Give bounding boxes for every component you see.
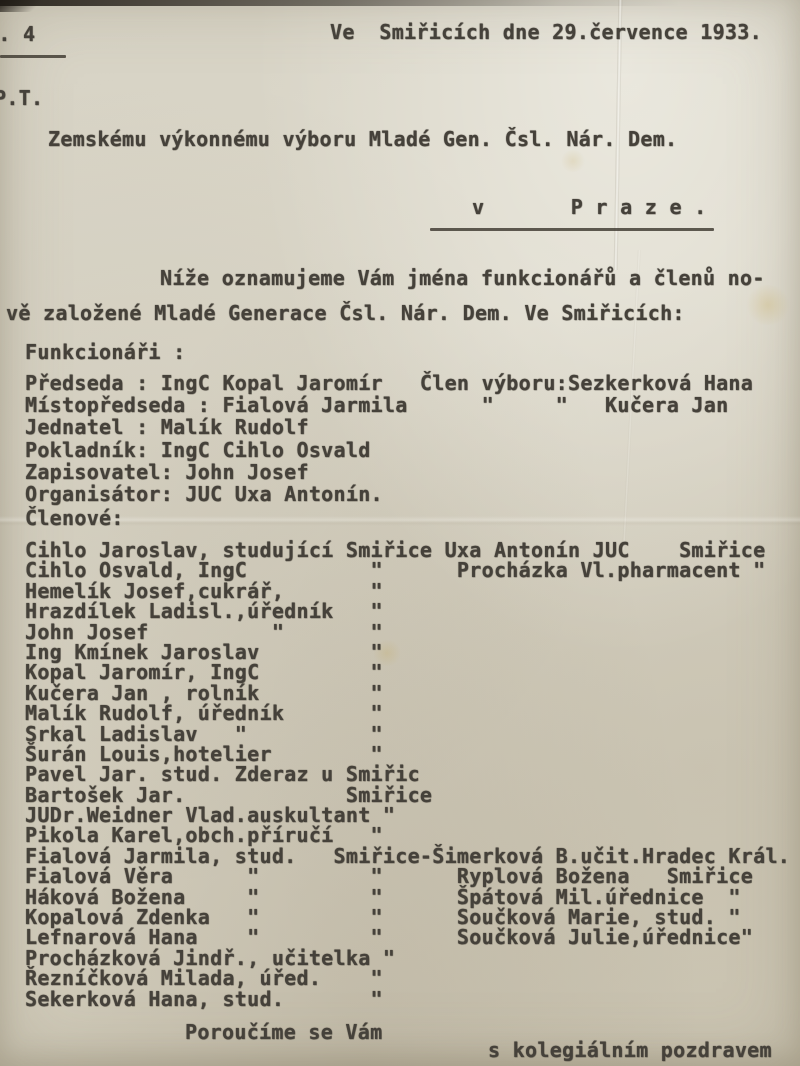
member-row: Háková Božena " " Špátová Mil.úřednice ": [25, 887, 790, 907]
date-line: Ve Smiřicích dne 29.července 1933.: [330, 20, 762, 44]
member-row: Kučera Jan , rolník ": [25, 683, 790, 703]
photo-corner-shadow: [0, 0, 42, 12]
member-row: Řezníčková Milada, úřed. ": [25, 968, 790, 988]
officer-row: Pokladník: IngC Cihlo Osvald: [25, 439, 753, 461]
member-row: Malík Rudolf, úředník ": [25, 703, 790, 723]
member-row: Sekerková Hana, stud. ": [25, 989, 790, 1009]
intro-line-2: vě založené Mladé Generace Čsl. Nár. Dem…: [6, 301, 685, 325]
officer-row: Místopředseda : Fialová Jarmila " " Kuče…: [25, 394, 753, 416]
member-row: Fialová Věra " " Ryplová Božena Smiřice: [25, 866, 790, 886]
member-row: Srkal Ladislav " ": [25, 724, 790, 744]
city-line: v P r a z e .: [472, 195, 706, 219]
member-row: Fialová Jarmila, stud. Smiřice-Šimerková…: [25, 846, 790, 866]
officers-heading: Funkcionáři :: [25, 340, 185, 364]
paper-stain: [560, 150, 586, 172]
member-row: Hrazdílek Ladisl.,úředník ": [25, 601, 790, 621]
paper-stain: [745, 285, 791, 325]
officer-row: Zapisovatel: John Josef: [25, 461, 753, 483]
officers-list: Předseda : IngC Kopal Jaromír Člen výbor…: [25, 372, 753, 505]
member-row: Šurán Louis,hotelier ": [25, 744, 790, 764]
officer-row: Organisátor: JUC Uxa Antonín.: [25, 483, 753, 505]
member-row: Cihlo Osvald, IngC " Procházka Vl.pharma…: [25, 560, 790, 580]
city-underline: [430, 228, 714, 231]
member-row: John Josef " ": [25, 622, 790, 642]
members-heading: Členové:: [25, 506, 124, 530]
member-row: Ing Kmínek Jaroslav ": [25, 642, 790, 662]
photo-top-edge-shadow: [0, 0, 800, 6]
ref-number: d. 4: [0, 22, 35, 46]
officer-row: Předseda : IngC Kopal Jaromír Člen výbor…: [25, 372, 753, 394]
closing-signature-line: s kolegiálním pozdravem: [488, 1038, 772, 1062]
member-row: Pikola Karel,obch.příručí ": [25, 825, 790, 845]
member-row: Hemelík Josef,cukrář, ": [25, 581, 790, 601]
member-row: Pavel Jar. stud. Zderaz u Smiřic: [25, 764, 790, 784]
member-row: Kopalová Zdenka " " Součková Marie, stud…: [25, 907, 790, 927]
officer-row: Jednatel : Malík Rudolf: [25, 416, 753, 438]
intro-line-1: Níže oznamujeme Vám jména funkcionářů a …: [160, 266, 765, 290]
member-row: Bartošek Jar. Smiřice: [25, 785, 790, 805]
member-row: Lefnarová Hana " " Součková Julie,úředni…: [25, 927, 790, 947]
member-row: Cihlo Jaroslav, studující Smiřice Uxa An…: [25, 540, 790, 560]
member-row: JUDr.Weidner Vlad.auskultant ": [25, 805, 790, 825]
member-row: Kopal Jaromír, IngC ": [25, 662, 790, 682]
closing-phrase: Poroučíme se Vám: [185, 1020, 382, 1044]
ref-underline: [0, 55, 66, 58]
address-line: Zemskému výkonnému výboru Mladé Gen. Čsl…: [48, 127, 677, 151]
salutation: P.T.: [0, 86, 43, 110]
members-list: Cihlo Jaroslav, studující Smiřice Uxa An…: [25, 540, 790, 1009]
